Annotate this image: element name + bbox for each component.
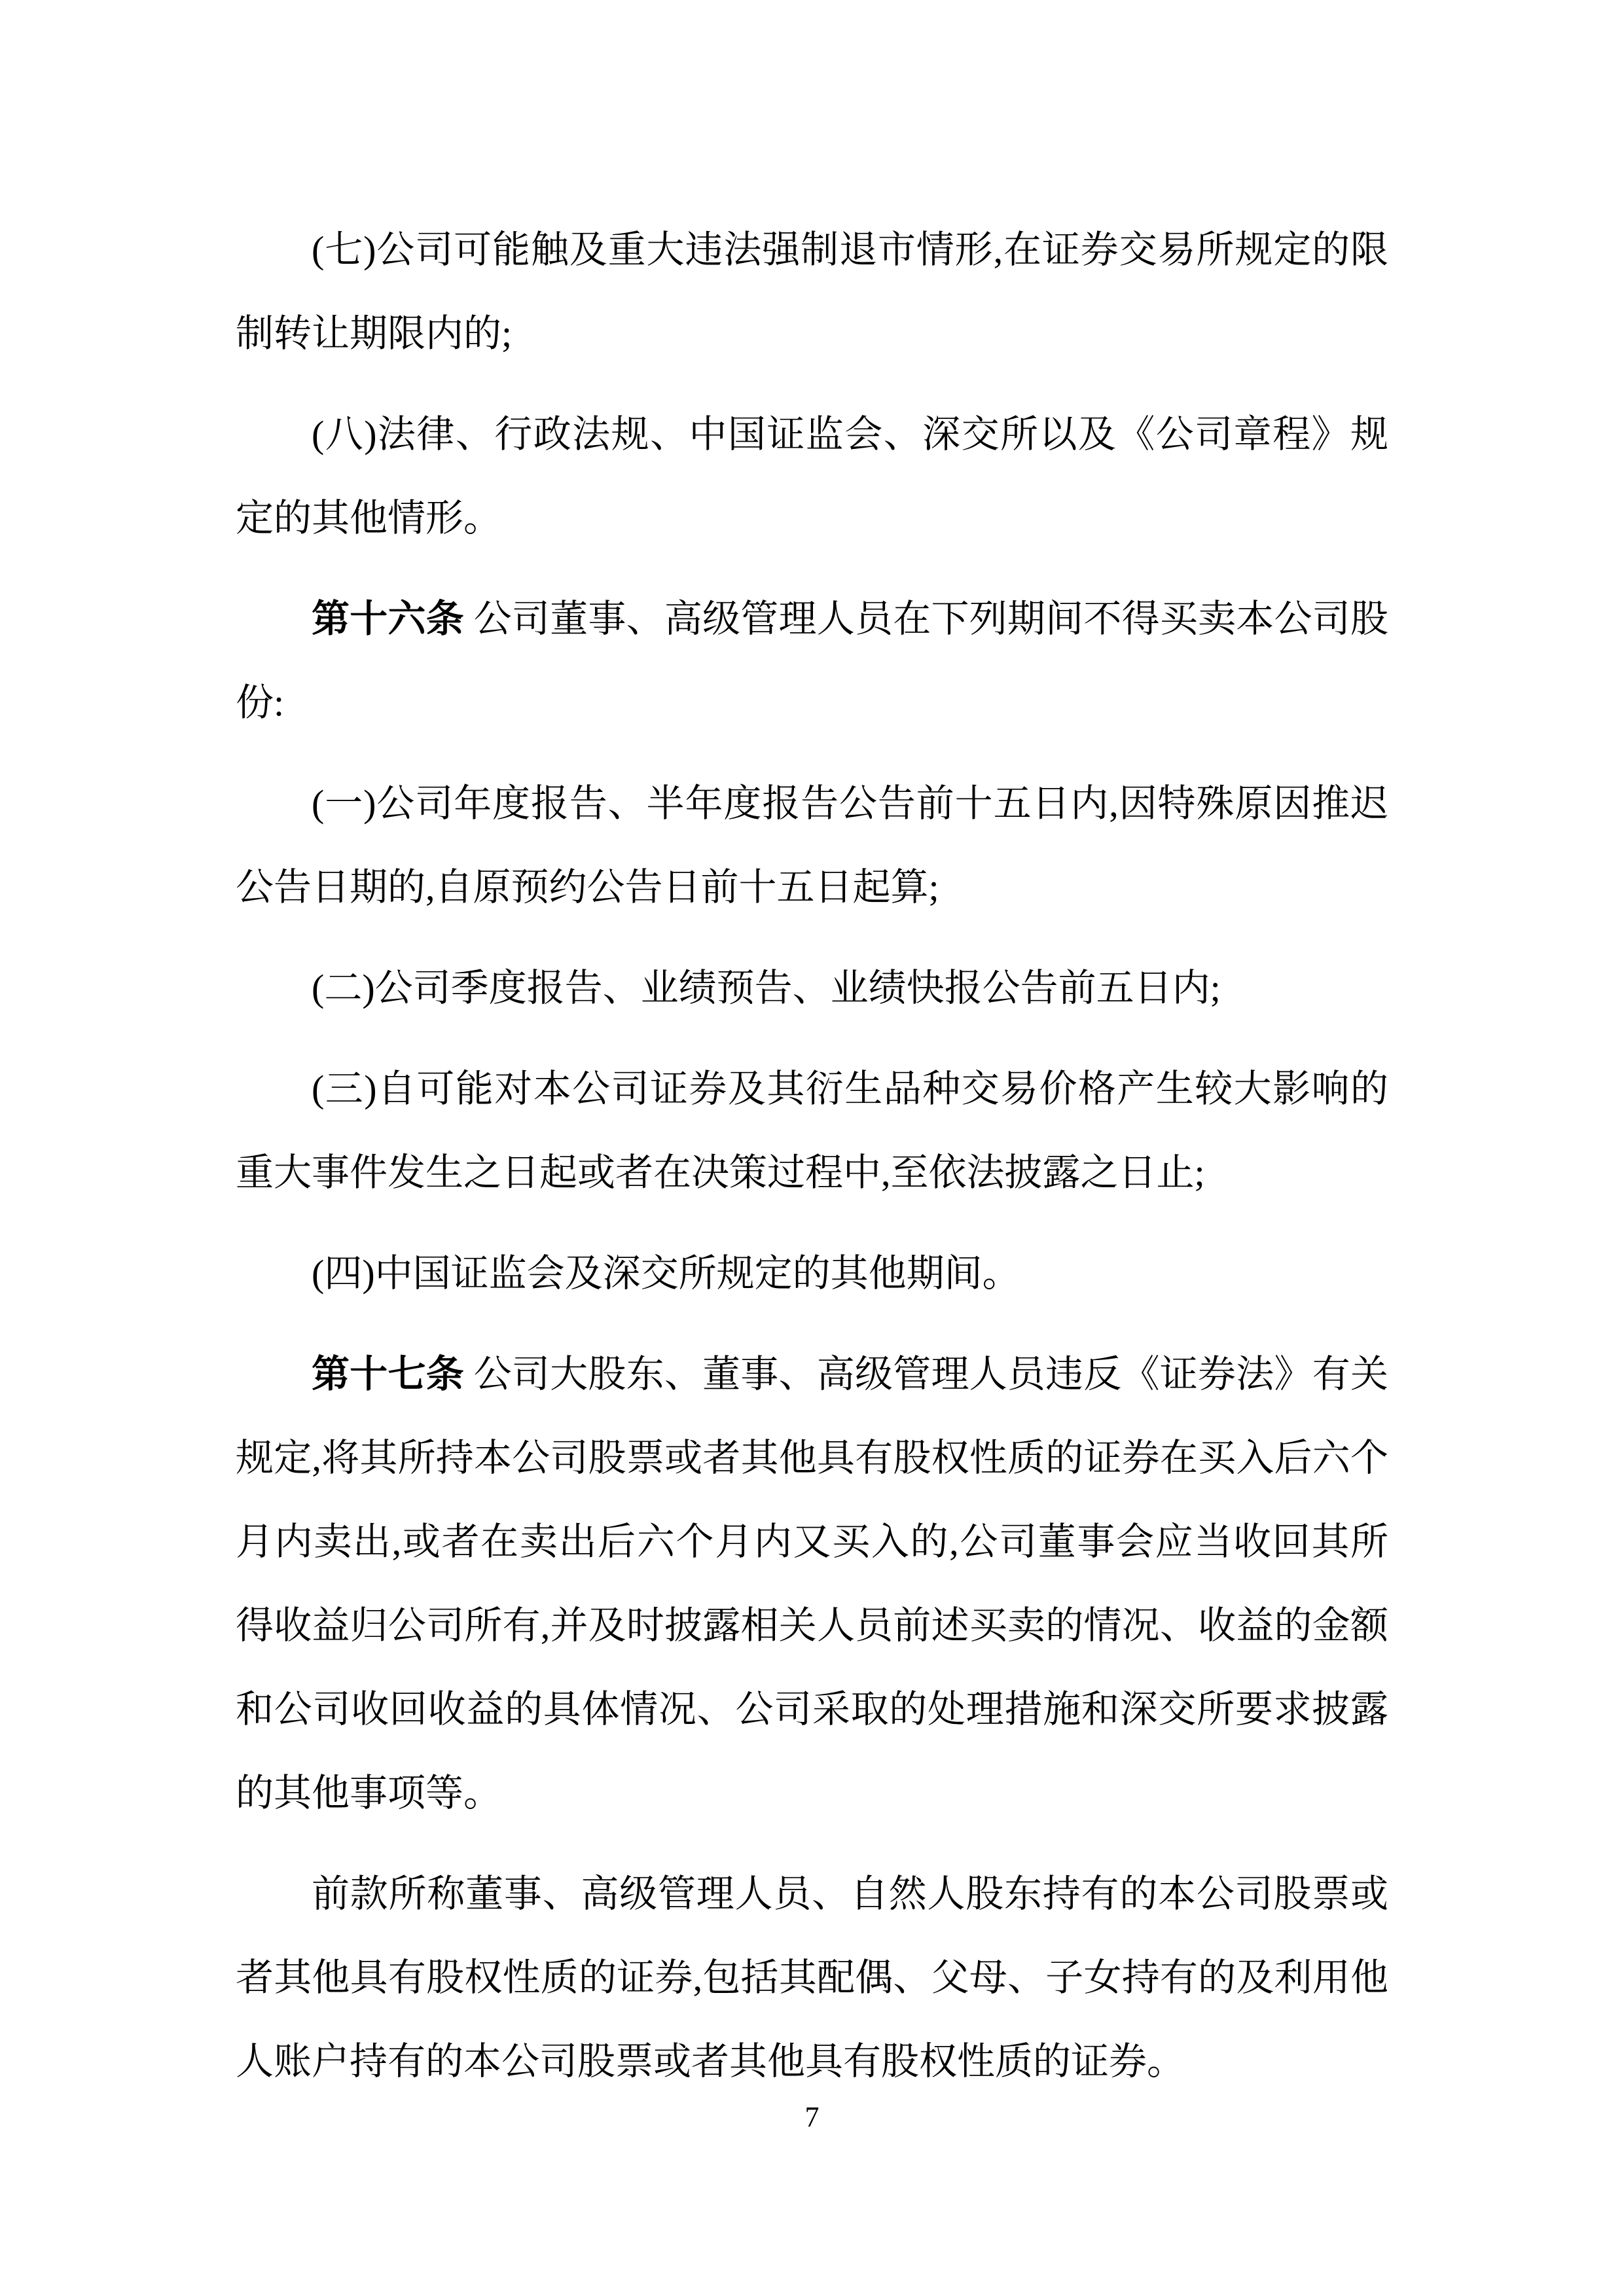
paragraph-text: (二)公司季度报告、业绩预告、业绩快报公告前五日内;: [312, 967, 1221, 1009]
paragraph: (七)公司可能触及重大违法强制退市情形,在证券交易所规定的限制转让期限内的;: [236, 208, 1388, 376]
page-footer: 7: [0, 2098, 1624, 2137]
paragraph-text: (七)公司可能触及重大违法强制退市情形,在证券交易所规定的限制转让期限内的;: [236, 228, 1388, 355]
paragraph: (二)公司季度报告、业绩预告、业绩快报公告前五日内;: [236, 946, 1388, 1030]
article-number: 第十七条: [312, 1353, 464, 1395]
paragraph-text: 前款所称董事、高级管理人员、自然人股东持有的本公司股票或者其他具有股权性质的证券…: [236, 1873, 1388, 2083]
document-page: (七)公司可能触及重大违法强制退市情形,在证券交易所规定的限制转让期限内的;(八…: [0, 0, 1624, 2296]
paragraph-text: (一)公司年度报告、半年度报告公告前十五日内,因特殊原因推迟公告日期的,自原预约…: [236, 782, 1388, 908]
document-body: (七)公司可能触及重大违法强制退市情形,在证券交易所规定的限制转让期限内的;(八…: [236, 208, 1388, 2104]
paragraph-text: (三)自可能对本公司证券及其衍生品种交易价格产生较大影响的重大事件发生之日起或者…: [236, 1067, 1388, 1194]
paragraph-text: (八)法律、行政法规、中国证监会、深交所以及《公司章程》规定的其他情形。: [236, 413, 1388, 539]
paragraph: 第十六条 公司董事、高级管理人员在下列期间不得买卖本公司股份:: [236, 577, 1388, 745]
paragraph: (一)公司年度报告、半年度报告公告前十五日内,因特殊原因推迟公告日期的,自原预约…: [236, 762, 1388, 929]
article-number: 第十六条: [312, 598, 464, 640]
paragraph: 第十七条 公司大股东、董事、高级管理人员违反《证券法》有关规定,将其所持本公司股…: [236, 1333, 1388, 1835]
paragraph: (四)中国证监会及深交所规定的其他期间。: [236, 1232, 1388, 1316]
paragraph: (八)法律、行政法规、中国证监会、深交所以及《公司章程》规定的其他情形。: [236, 393, 1388, 560]
paragraph-text: 公司大股东、董事、高级管理人员违反《证券法》有关规定,将其所持本公司股票或者其他…: [236, 1353, 1388, 1814]
page-number: 7: [805, 2101, 820, 2133]
paragraph: (三)自可能对本公司证券及其衍生品种交易价格产生较大影响的重大事件发生之日起或者…: [236, 1047, 1388, 1215]
paragraph: 前款所称董事、高级管理人员、自然人股东持有的本公司股票或者其他具有股权性质的证券…: [236, 1852, 1388, 2104]
paragraph-text: (四)中国证监会及深交所规定的其他期间。: [312, 1252, 1020, 1295]
